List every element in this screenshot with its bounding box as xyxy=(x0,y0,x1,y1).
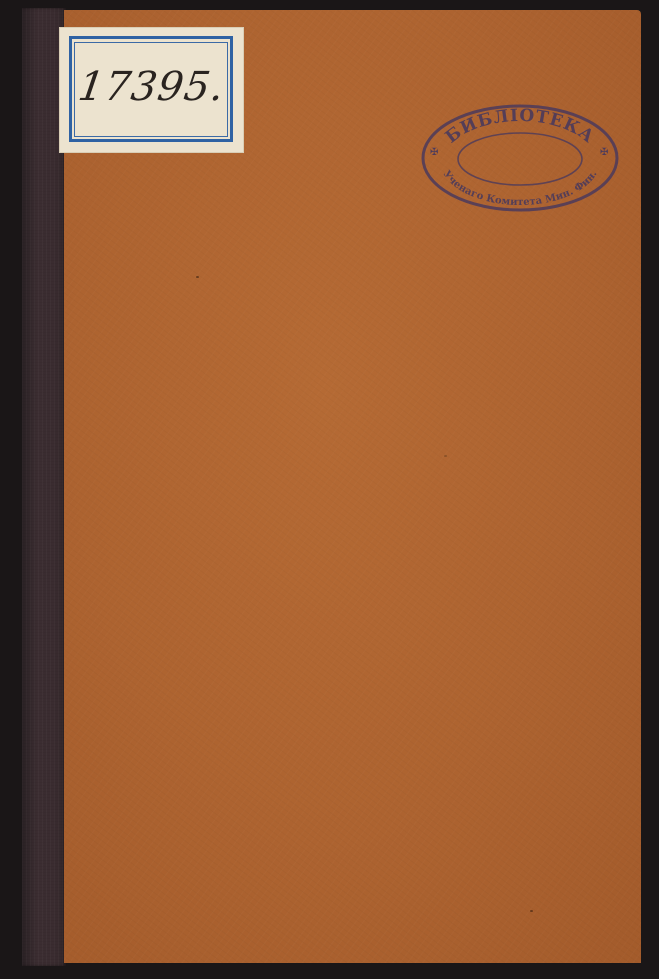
stamp-oval-icon: БИБЛІОТЕКА Ученаго Комитета Мин. Фин. ✠ … xyxy=(420,103,620,213)
paper-speck xyxy=(530,910,533,912)
svg-text:БИБЛІОТЕКА: БИБЛІОТЕКА xyxy=(442,106,598,148)
stamp-ornament-left: ✠ xyxy=(430,147,438,158)
stamp-top-text: БИБЛІОТЕКА xyxy=(442,106,598,148)
stamp-ornament-right: ✠ xyxy=(600,147,608,158)
catalog-number: 17395. xyxy=(57,64,246,110)
library-stamp: БИБЛІОТЕКА Ученаго Комитета Мин. Фин. ✠ … xyxy=(420,103,620,213)
catalog-label: 17395. xyxy=(60,28,243,152)
paper-speck xyxy=(444,455,447,457)
paper-speck xyxy=(196,276,199,278)
